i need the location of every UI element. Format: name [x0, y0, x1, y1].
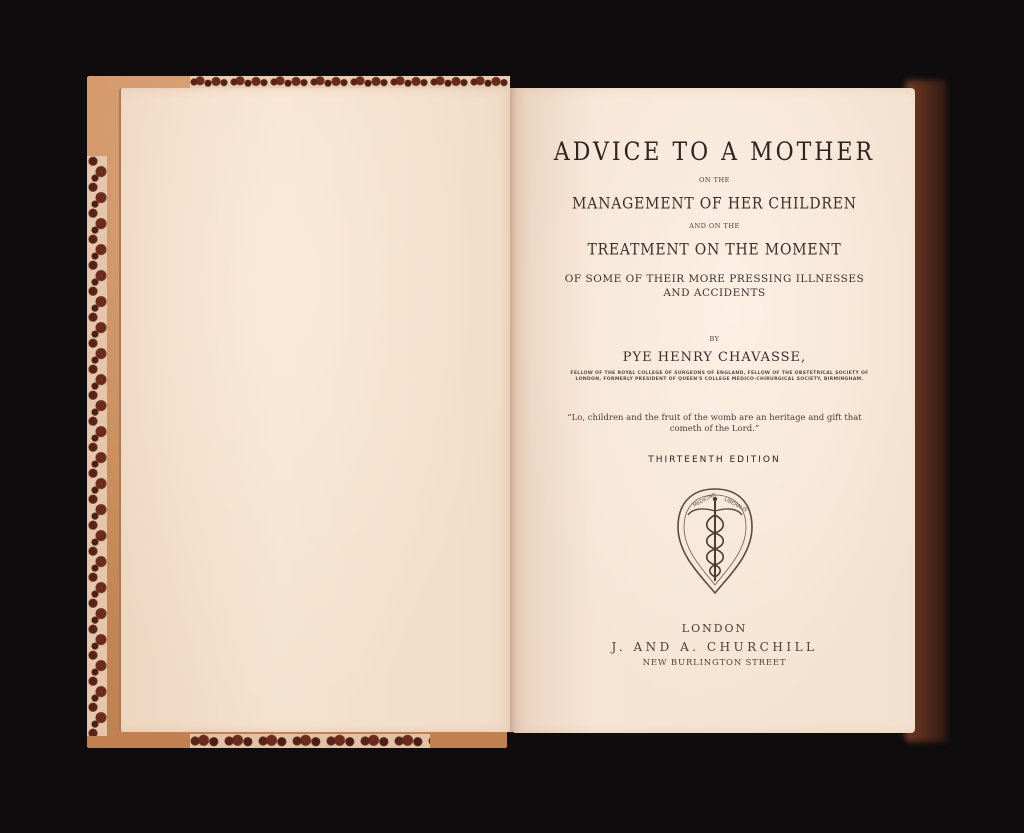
- author-name: PYE HENRY CHAVASSE,: [514, 350, 915, 365]
- book-photo: ADVICE TO A MOTHER ON THE MANAGEMENT OF …: [0, 0, 1024, 833]
- imprint-city: LONDON: [514, 622, 915, 635]
- marbled-paper-left: [87, 156, 107, 736]
- svg-text:LIBERALIS: LIBERALIS: [723, 496, 748, 513]
- book-gutter: [510, 88, 516, 733]
- marbled-paper-top: [190, 76, 510, 88]
- subtitle-management: MANAGEMENT OF HER CHILDREN: [514, 195, 915, 213]
- book-title: ADVICE TO A MOTHER: [514, 138, 915, 167]
- connector-on-the: ON THE: [514, 176, 915, 184]
- subtitle-illnesses-line1: OF SOME OF THEIR MORE PRESSING ILLNESSES: [514, 273, 915, 286]
- subtitle-treatment: TREATMENT ON THE MOMENT: [514, 241, 915, 259]
- subtitle-illnesses-line2: AND ACCIDENTS: [514, 287, 915, 300]
- by-label: BY: [514, 335, 915, 343]
- author-credentials: FELLOW OF THE ROYAL COLLEGE OF SURGEONS …: [564, 371, 875, 383]
- marbled-paper-bottom: [190, 734, 430, 748]
- imprint-publisher: J. AND A. CHURCHILL: [514, 640, 915, 654]
- imprint-street: NEW BURLINGTON STREET: [514, 658, 915, 668]
- caduceus-shield-icon: MEDICINA LIBERALIS: [674, 485, 756, 597]
- connector-and-on-the: AND ON THE: [514, 222, 915, 230]
- edition-label: THIRTEENTH EDITION: [514, 455, 915, 465]
- left-endpaper-blank: [119, 88, 514, 732]
- epigraph-quote: “Lo, children and the fruit of the womb …: [554, 413, 875, 435]
- title-page: ADVICE TO A MOTHER ON THE MANAGEMENT OF …: [514, 88, 915, 733]
